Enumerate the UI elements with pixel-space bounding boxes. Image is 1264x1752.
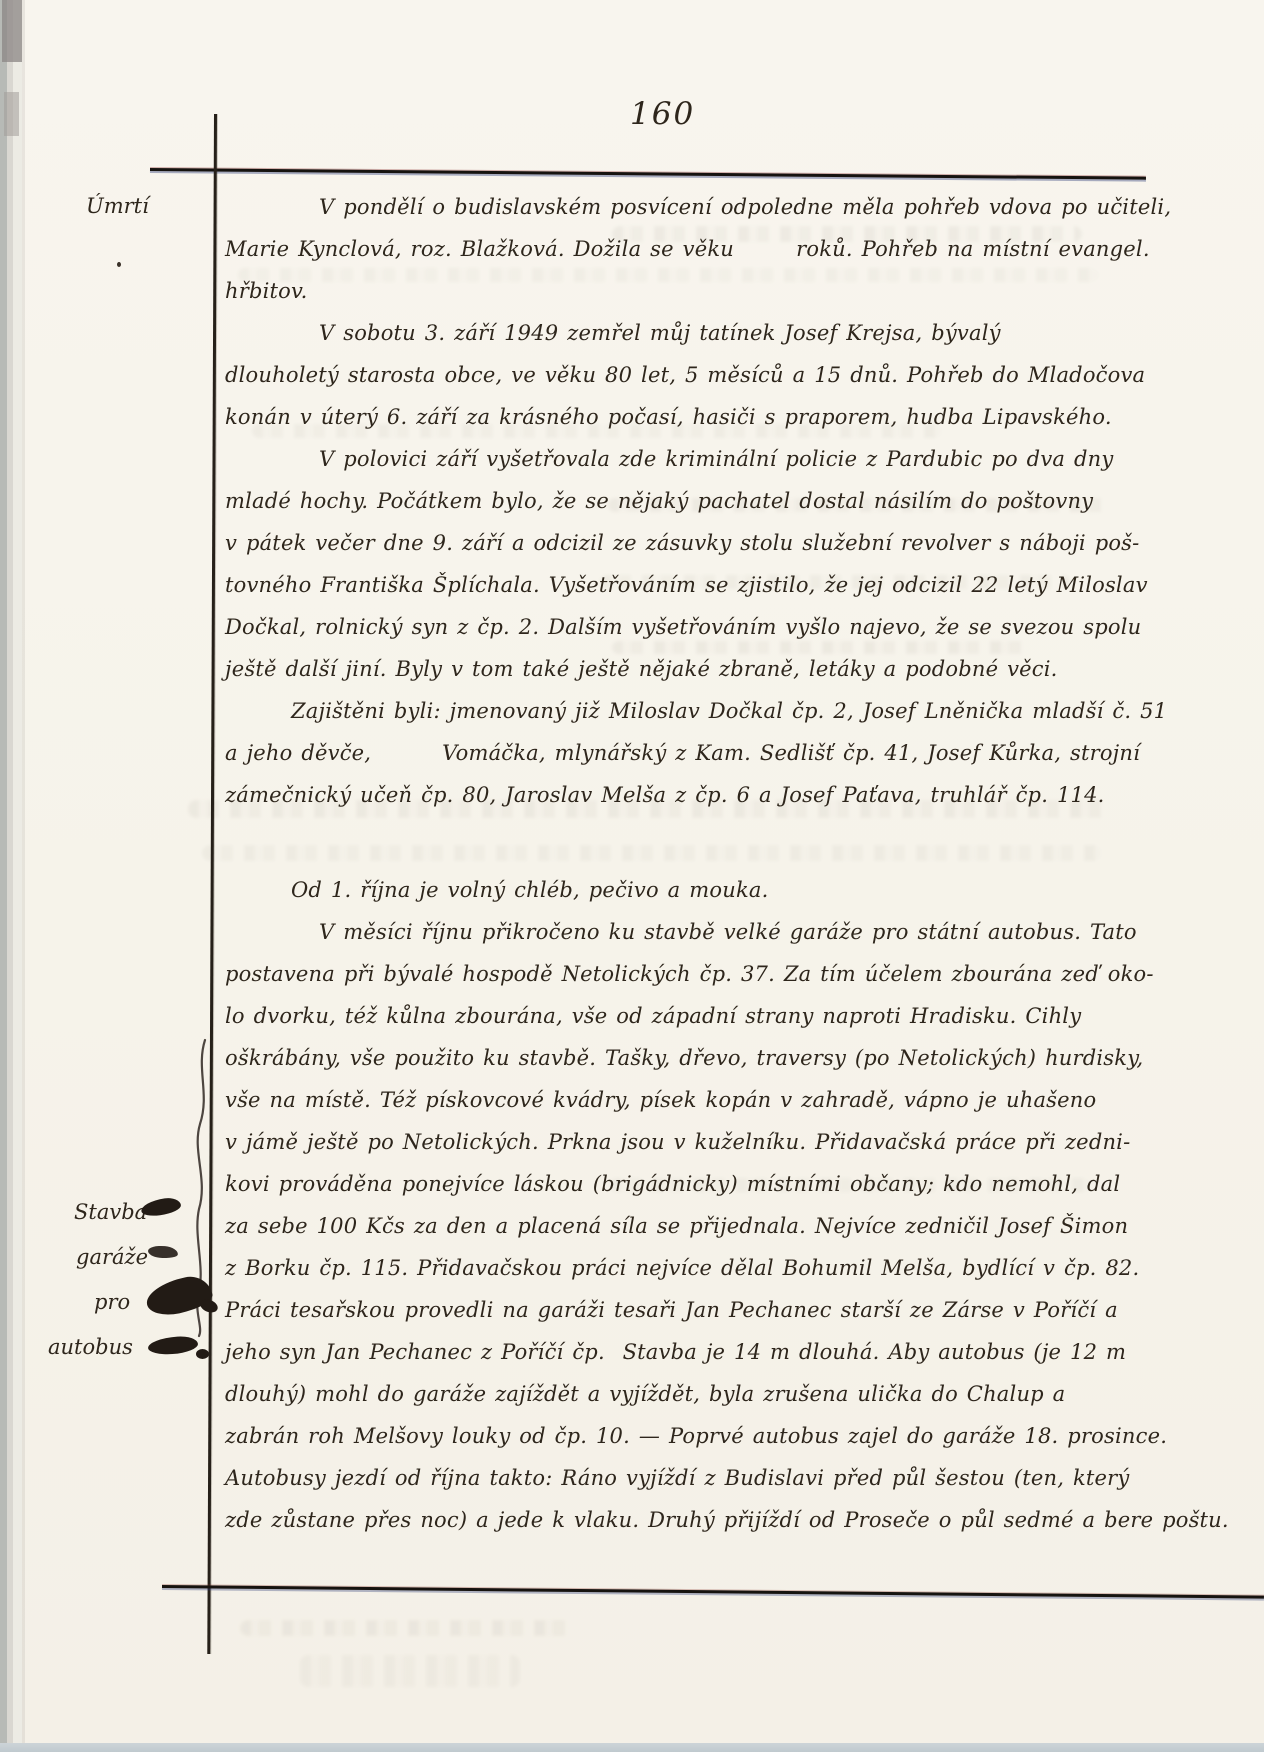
page-number: 160 [630,96,695,132]
bleed-through-smudge [300,1655,520,1687]
handwriting-line: vše na místě. Též pískovcové kvádry, pís… [225,1079,1143,1121]
page-body: V pondělí o budislavském posvícení odpol… [225,186,1143,1541]
handwriting-line: v jámě ještě po Netolických. Prkna jsou … [225,1121,1143,1163]
handwriting-line: jeho syn Jan Pechanec z Poříčí čp. Stavb… [225,1331,1143,1373]
handwriting-line: zabrán roh Melšovy louky od čp. 10. — Po… [225,1415,1143,1457]
handwriting-line: Od 1. října je volný chléb, pečivo a mou… [225,869,1143,911]
margin-rule [207,114,216,1654]
scan-edge-bottom [0,1743,1264,1752]
handwriting-line: Zajištěni byli: jmenovaný již Miloslav D… [225,690,1143,732]
handwriting-line: Práci tesařskou provedli na garáži tesař… [225,1289,1143,1331]
ink-blot [196,1349,209,1359]
handwriting-line: lo dvorku, též kůlna zbourána, vše od zá… [225,995,1143,1037]
handwriting-line: konán v úterý 6. září za krásného počasí… [225,396,1143,438]
scan-edge-corner-mark [2,0,22,62]
handwriting-line: a jeho děvče, Vomáčka, mlynářský z Kam. … [225,732,1143,774]
bleed-through-smudge [240,1620,570,1636]
handwriting-line: zámečnický učeň čp. 80, Jaroslav Melša z… [225,774,1143,816]
handwriting-line: ještě další jiní. Byly v tom také ještě … [225,648,1143,690]
handwriting-line: Autobusy jezdí od října takto: Ráno vyjí… [225,1457,1143,1499]
handwriting-line: Dočkal, rolnický syn z čp. 2. Dalším vyš… [225,606,1143,648]
handwriting-line: dlouholetý starosta obce, ve věku 80 let… [225,354,1143,396]
handwriting-line: V měsíci říjnu přikročeno ku stavbě velk… [225,911,1143,953]
handwriting-line: hřbitov. [225,270,1143,312]
handwriting-line: mladé hochy. Počátkem bylo, že se nějaký… [225,480,1143,522]
handwriting-line: tovného Františka Šplíchala. Vyšetřování… [225,564,1143,606]
bottom-rule [162,1585,1264,1599]
handwriting-line: kovi prováděna ponejvíce láskou (brigádn… [225,1163,1143,1205]
handwriting-line: zde zůstane přes noc) a jede k vlaku. Dr… [225,1499,1143,1541]
handwriting-line: za sebe 100 Kčs za den a placená síla se… [225,1205,1143,1247]
margin-note-deaths: Úmrtí [86,194,149,218]
top-rule [150,168,1146,180]
handwriting-line: dlouhý) mohl do garáže zajíždět a vyjížd… [225,1373,1143,1415]
handwriting-line: v pátek večer dne 9. září a odcizil ze z… [225,522,1143,564]
handwriting-line: Marie Kynclová, roz. Blažková. Dožila se… [225,228,1143,270]
scan-edge-left [0,0,30,1752]
handwriting-line: V pondělí o budislavském posvícení odpol… [225,186,1143,228]
scan-edge-mark [4,92,19,136]
handwriting-line: V polovici září vyšetřovala zde kriminál… [225,438,1143,480]
handwriting-line: oškrábány, vše použito ku stavbě. Tašky,… [225,1037,1143,1079]
margin-note-garage-line: garáže [76,1235,198,1280]
handwriting-line: z Borku čp. 115. Přidavačskou práci nejv… [225,1247,1143,1289]
margin-note-garage-line: Stavba [74,1190,198,1235]
handwriting-line: postavena při bývalé hospodě Netolických… [225,953,1143,995]
ink-speck [117,262,121,267]
chronicle-scan-page: 160 Úmrtí Stavbagarážeproautobus V pondě… [0,0,1264,1752]
handwriting-line: V sobotu 3. září 1949 zemřel můj tatínek… [225,312,1143,354]
